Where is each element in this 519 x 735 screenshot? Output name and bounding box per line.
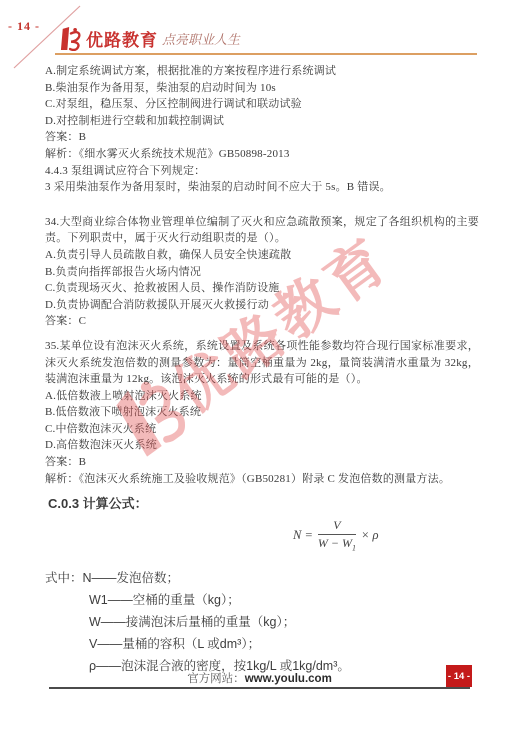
text-line: 解析：《泡沫灭火系统施工及验收规范》（GB50281）附录 C 发泡倍数的测量方… xyxy=(45,471,479,488)
top-page-number: - 14 - xyxy=(8,19,40,34)
text-line: C.对泵组，稳压泵、分区控制阀进行调试和联动试验 xyxy=(45,96,479,113)
text-line: 答案：C xyxy=(45,313,479,330)
text-line: 解析：《细水雾灭火系统技术规范》GB50898-2013 xyxy=(45,146,479,163)
document-page: - 14 - 优路教育 点亮职业人生 优路教育 A.制定系统调试方案，根据批准的… xyxy=(0,0,519,735)
formula-lhs: N = xyxy=(293,528,313,543)
text-line: A.制定系统调试方案，根据批准的方案按程序进行系统调试 xyxy=(45,63,479,80)
footer-rule xyxy=(49,687,470,689)
text-line: 责。下列职责中，属于灭火行动组职责的是（）。 xyxy=(45,230,479,247)
document-body: A.制定系统调试方案，根据批准的方案按程序进行系统调试B.柴油泵作为备用泵，柴油… xyxy=(45,63,479,677)
legend-line: W1——空桶的重量（kg）； xyxy=(89,589,479,611)
logo: 优路教育 点亮职业人生 xyxy=(60,26,240,51)
foam-expansion-formula: N = V W − W1 × ρ xyxy=(293,518,379,552)
text-line: D.负责协调配合消防救援队开展灭火救援行动 xyxy=(45,297,479,314)
text-line: 答案：B xyxy=(45,454,479,471)
formula-denominator: W − W1 xyxy=(318,535,356,552)
footer: 官方网站：www.youlu.com xyxy=(0,669,519,687)
legend-line: V——量桶的容积（L 或dm³）； xyxy=(89,633,479,655)
text-line: C.负责现场灭火、抢救被困人员、操作消防设施 xyxy=(45,280,479,297)
text-line: 沫灭火系统发泡倍数的测量参数为：量筒空桶重量为 2kg，量筒装满清水重量为 32… xyxy=(45,355,479,372)
legend-line: W——接满泡沫后量桶的重量（kg）； xyxy=(89,611,479,633)
text-line: A.负责引导人员疏散自救，确保人员安全快速疏散 xyxy=(45,247,479,264)
text-line: A.低倍数液上喷射泡沫灭火系统 xyxy=(45,388,479,405)
text-line: B.低倍数液下喷射泡沫灭火系统 xyxy=(45,404,479,421)
footer-site-label: 官方网站： xyxy=(187,673,245,685)
text-line: B.柴油泵作为备用泵，柴油泵的启动时间为 10s xyxy=(45,80,479,97)
youlu-logo-icon xyxy=(60,26,82,51)
text-line: 装满泡沫重量为 12kg。该泡沫灭火系统的形式最有可能的是（）。 xyxy=(45,371,479,388)
formula-heading: C.0.3 计算公式： xyxy=(48,493,479,512)
formula-legend: 式中：N——发泡倍数；W1——空桶的重量（kg）；W——接满泡沫后量桶的重量（k… xyxy=(45,567,479,677)
formula-rhs: × ρ xyxy=(361,528,379,543)
text-line: 答案：B xyxy=(45,129,479,146)
text-line: D.高倍数泡沫灭火系统 xyxy=(45,437,479,454)
text-line: D.对控制柜进行空载和加载控制调试 xyxy=(45,113,479,130)
text-line: B.负责向指挥部报告火场内情况 xyxy=(45,264,479,281)
question-35-block: 35.某单位设有泡沫灭火系统，系统设置及系统各项性能参数均符合现行国家标准要求，… xyxy=(45,338,479,487)
logo-tagline: 点亮职业人生 xyxy=(162,29,240,48)
question-34-block: 34.大型商业综合体物业管理单位编制了灭火和应急疏散预案，规定了各组织机构的主要… xyxy=(45,214,479,330)
logo-text: 优路教育 xyxy=(86,26,158,51)
text-line: 3 采用柴油泵作为备用泵时，柴油泵的启动时间不应大于 5s。B 错误。 xyxy=(45,179,479,196)
header-rule xyxy=(55,53,477,55)
text-line: C.中倍数泡沫灭火系统 xyxy=(45,421,479,438)
formula-numerator: V xyxy=(318,518,356,535)
text-line: 34.大型商业综合体物业管理单位编制了灭火和应急疏散预案，规定了各组织机构的主要… xyxy=(45,214,479,231)
question-33-analysis-block: A.制定系统调试方案，根据批准的方案按程序进行系统调试B.柴油泵作为备用泵，柴油… xyxy=(45,63,479,196)
text-line: 35.某单位设有泡沫灭火系统，系统设置及系统各项性能参数均符合现行国家标准要求，… xyxy=(45,338,479,355)
footer-site-url: www.youlu.com xyxy=(245,673,332,685)
footer-page-badge: - 14 - xyxy=(446,665,472,687)
legend-line: 式中：N——发泡倍数； xyxy=(45,567,479,589)
text-line: 4.4.3 泵组调试应符合下列规定： xyxy=(45,163,479,180)
formula-fraction: V W − W1 xyxy=(318,518,356,552)
